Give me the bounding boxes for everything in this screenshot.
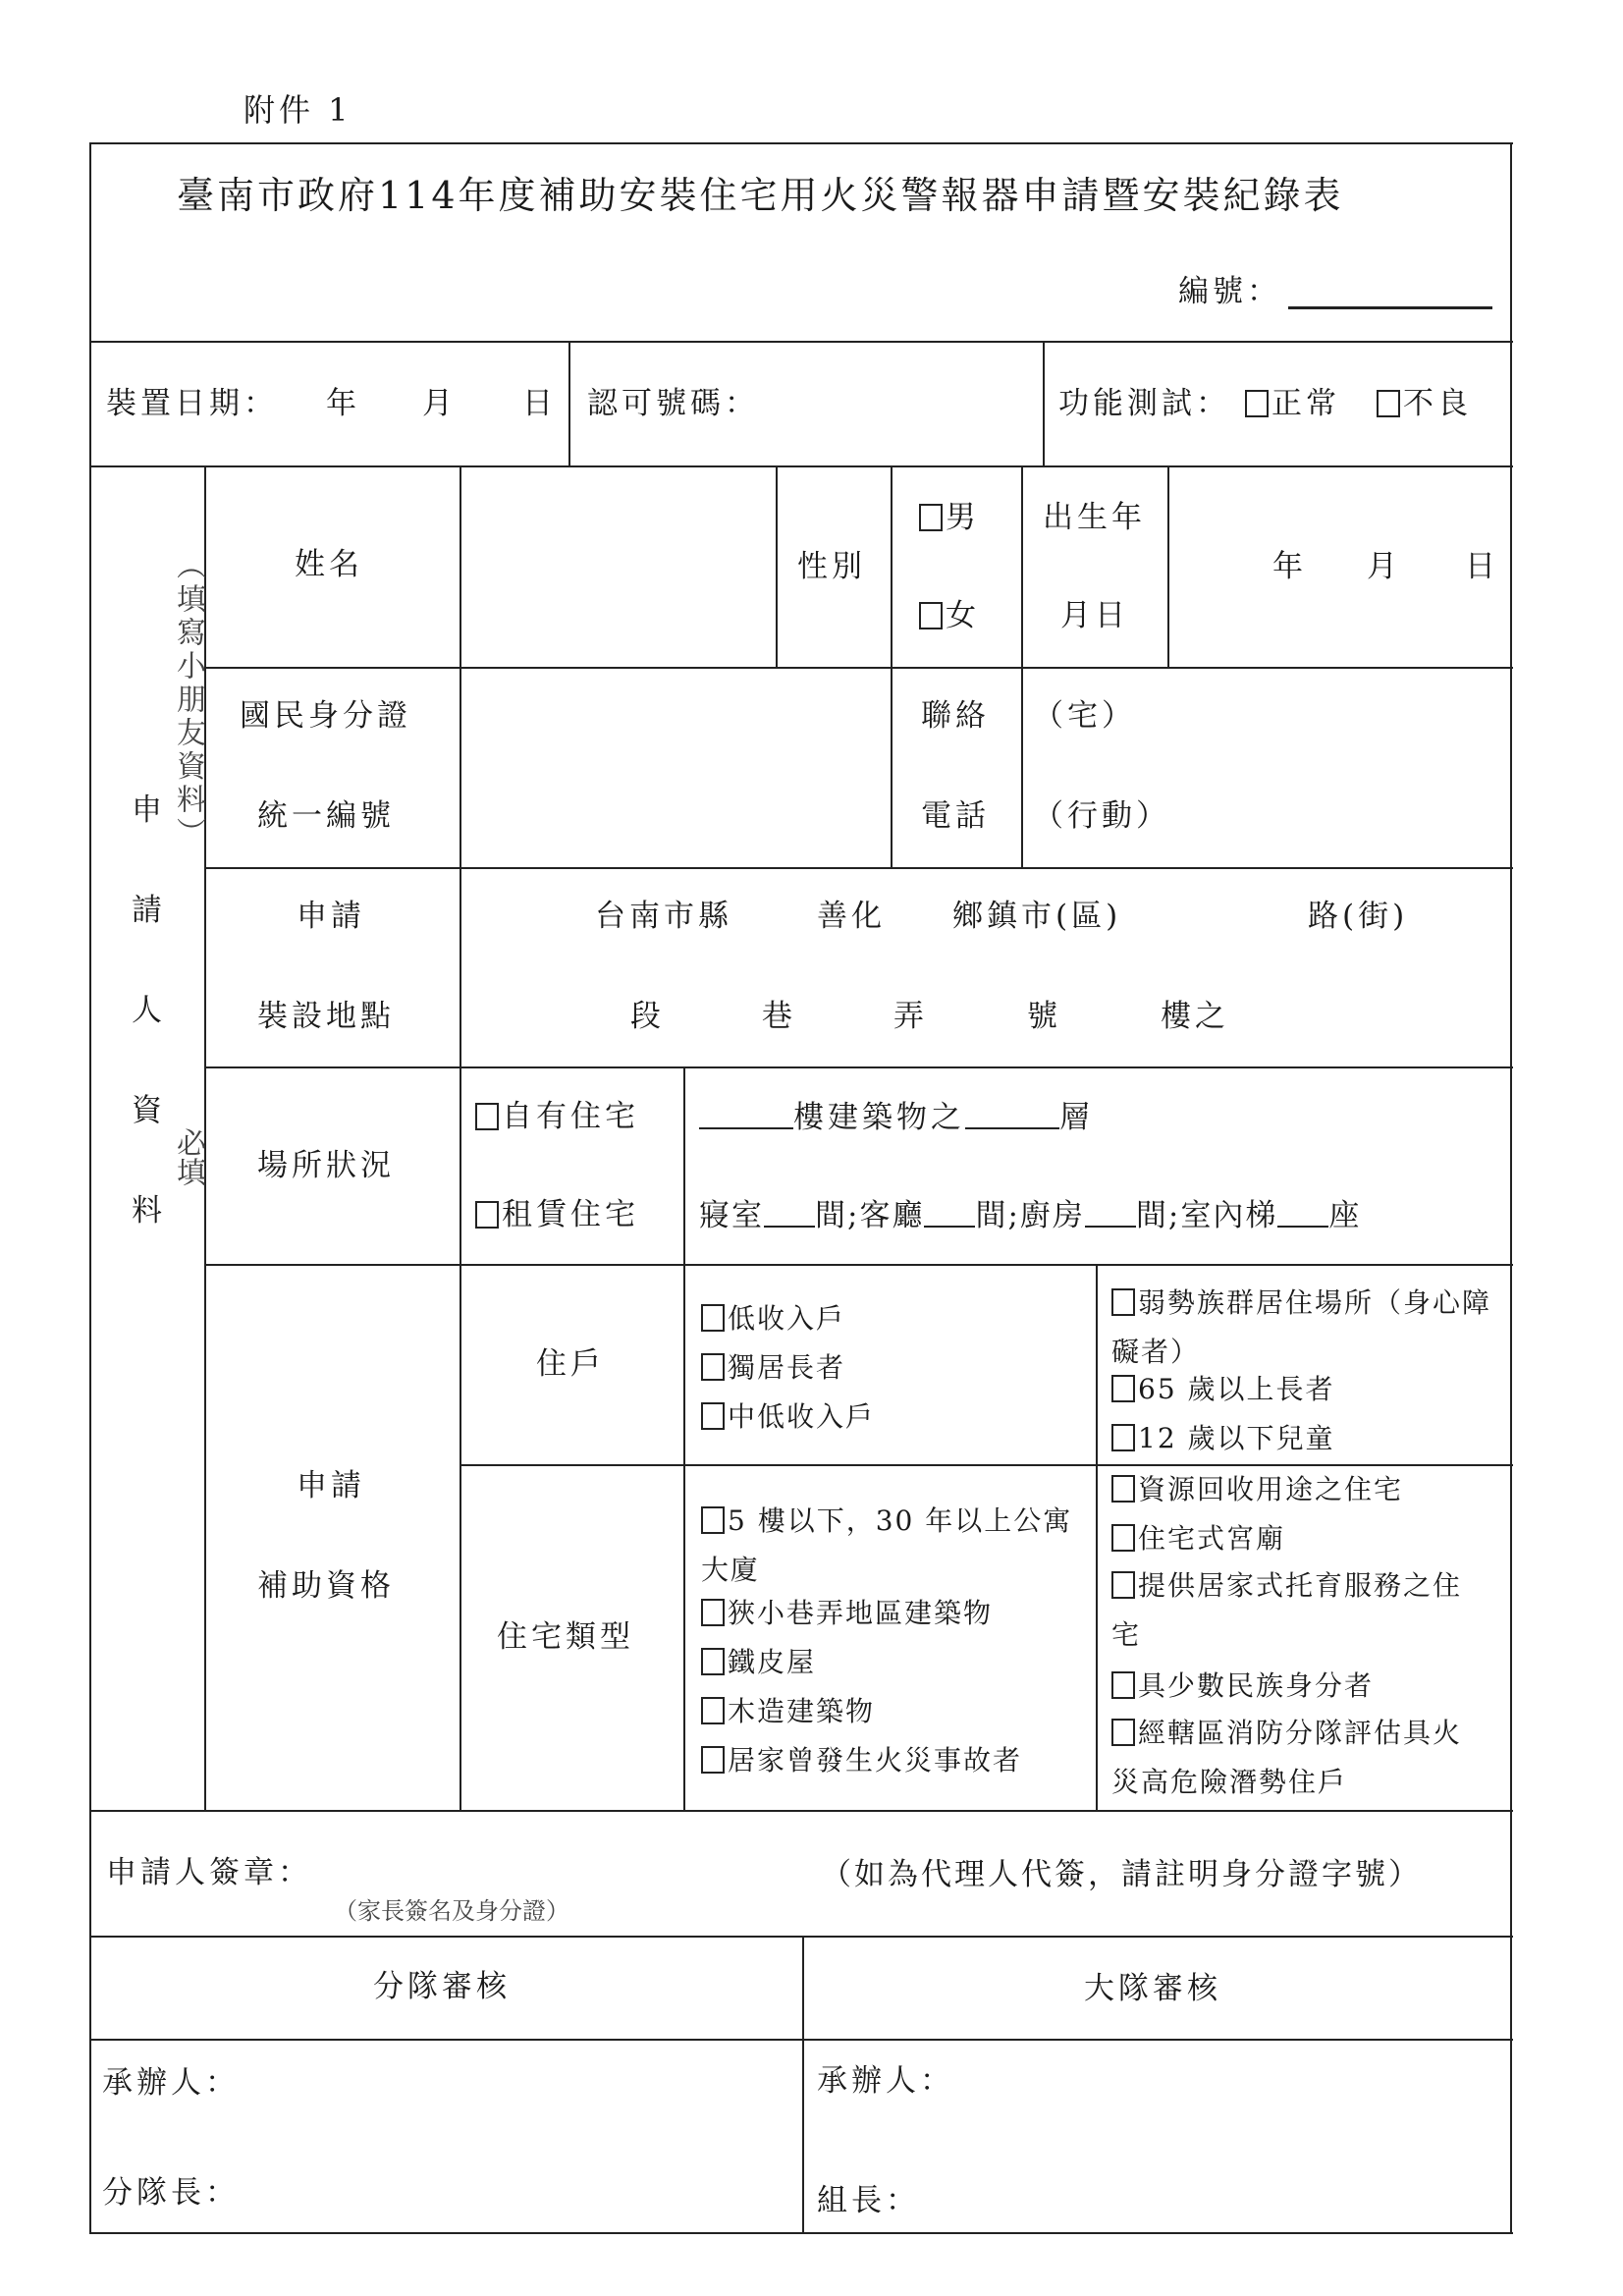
household-disabled[interactable]: 弱勢族群居住場所（身心障礙者） (1111, 1279, 1499, 1377)
checkbox-icon[interactable] (1111, 1375, 1135, 1402)
row-divider (89, 465, 1513, 467)
phone-label-line2: 電話 (921, 801, 990, 832)
stairs-label: 間;室內梯 (1136, 1198, 1277, 1233)
branch-review-title: 分隊審核 (373, 1972, 511, 2002)
option-label: 女 (946, 598, 980, 633)
row-divider (460, 1464, 1513, 1466)
housing-type-label: 住宅類型 (497, 1622, 634, 1653)
attachment-label: 附件 1 (243, 94, 352, 126)
gender-male-option[interactable]: 男 (919, 503, 980, 533)
housing-minority[interactable]: 具少數民族身分者 (1111, 1671, 1374, 1700)
approval-number-label: 認可號碼： (587, 389, 759, 419)
option-label: 資源回收用途之住宅 (1138, 1473, 1403, 1505)
row-divider (204, 1066, 1513, 1068)
phone-mobile-field[interactable]: （行動） (1033, 801, 1170, 832)
row-divider (89, 341, 1513, 343)
checkbox-icon[interactable] (1111, 1671, 1135, 1699)
address-district: 鄉鎮市(區) (952, 902, 1121, 932)
household-senior-65[interactable]: 65 歲以上長者 (1111, 1375, 1335, 1403)
name-input[interactable] (463, 469, 774, 666)
col-divider (1043, 341, 1045, 466)
install-day-unit: 日 (522, 389, 557, 419)
checkbox-icon[interactable] (1111, 1719, 1135, 1746)
housing-narrow-alley[interactable]: 狹小巷弄地區建築物 (701, 1599, 993, 1627)
address-district-name: 善化 (817, 902, 886, 932)
household-low-income[interactable]: 低收入戶 (701, 1304, 845, 1333)
row-divider (89, 1936, 1513, 1938)
row-divider (89, 2039, 1513, 2041)
install-date-label: 裝置日期： (106, 389, 278, 419)
checkbox-icon[interactable] (1111, 1424, 1135, 1451)
test-defective-option[interactable]: 不良 (1377, 389, 1472, 419)
phone-label-line1: 聯絡 (921, 701, 990, 732)
col-divider (802, 1936, 804, 2233)
household-label: 住戶 (536, 1349, 605, 1380)
checkbox-icon[interactable] (701, 1648, 725, 1675)
eligibility-label-line1: 申請 (297, 1471, 365, 1502)
phone-home-field[interactable]: （宅） (1033, 701, 1136, 732)
table-border-top (89, 142, 1513, 144)
address-city: 台南市縣 (595, 902, 732, 932)
household-elderly-alone[interactable]: 獨居長者 (701, 1353, 845, 1382)
address-number: 號 (1027, 1002, 1061, 1032)
option-label: 5 樓以下，30 年以上公寓大廈 (701, 1504, 1072, 1586)
option-label: 男 (946, 500, 980, 535)
col-divider (1021, 465, 1023, 868)
option-label: 經轄區消防分隊評估具火災高危險潛勢住戶 (1111, 1717, 1462, 1798)
brigade-chief-label: 組長： (817, 2186, 920, 2216)
floors-text: 樓建築物之 (793, 1100, 965, 1135)
checkbox-icon[interactable] (1111, 1475, 1135, 1503)
option-label: 弱勢族群居住場所（身心障礙者） (1111, 1286, 1491, 1368)
checkbox-icon[interactable] (701, 1402, 725, 1430)
kitchen-label: 間;廚房 (975, 1198, 1084, 1233)
address-label-line2: 裝設地點 (257, 1002, 395, 1032)
option-label: 中低收入戶 (728, 1400, 875, 1433)
option-label: 正常 (1271, 386, 1340, 421)
venue-label: 場所狀況 (257, 1151, 395, 1181)
table-border-bottom (89, 2232, 1513, 2234)
checkbox-icon[interactable] (1111, 1288, 1135, 1316)
table-border-right (1510, 142, 1512, 2234)
brigade-review-title: 大隊審核 (1084, 1974, 1221, 2004)
housing-metal-sheet[interactable]: 鐵皮屋 (701, 1648, 816, 1676)
col-divider (891, 465, 893, 868)
serial-label: 編號： (1178, 277, 1281, 307)
row-divider (89, 1810, 1513, 1812)
option-label: 低收入戶 (728, 1302, 845, 1335)
option-label: 12 歲以下兒童 (1138, 1422, 1335, 1454)
col-divider (568, 341, 570, 466)
checkbox-icon[interactable] (475, 1201, 499, 1229)
housing-high-risk[interactable]: 經轄區消防分隊評估具火災高危險潛勢住戶 (1111, 1709, 1485, 1807)
option-label: 居家曾發生火災事故者 (728, 1744, 1022, 1777)
col-divider (683, 1066, 685, 1811)
handwritten-fill-note: （填寫小朋友資料） (167, 550, 202, 850)
birth-year-unit: 年 (1272, 552, 1307, 582)
install-year-unit: 年 (326, 389, 360, 419)
bedroom-label: 寢室 (699, 1198, 764, 1233)
birth-label-line1: 出生年 (1043, 503, 1146, 533)
col-divider (460, 465, 461, 1811)
kitchen-blank[interactable] (1085, 1200, 1136, 1228)
table-border-left (89, 142, 91, 2234)
living-room-label: 間;客廳 (815, 1198, 924, 1233)
venue-rented-option[interactable]: 租賃住宅 (475, 1200, 639, 1230)
checkbox-icon[interactable] (475, 1103, 499, 1130)
rooms-field[interactable]: 寢室間;客廳間;廚房間;室內梯座 (699, 1200, 1361, 1231)
col-divider (1167, 465, 1169, 668)
checkbox-icon[interactable] (701, 1746, 725, 1774)
handwritten-required-note: 必填 (169, 1127, 202, 1186)
install-month-unit: 月 (422, 389, 457, 419)
address-lane: 巷 (762, 1002, 796, 1032)
birth-label-line2: 月日 (1060, 601, 1129, 631)
signature-note: （如為代理人代簽，請註明身分證字號） (821, 1860, 1422, 1890)
option-label: 木造建築物 (728, 1695, 875, 1727)
brigade-handler-label: 承辦人： (817, 2066, 954, 2097)
checkbox-icon[interactable] (701, 1599, 725, 1626)
name-label: 姓名 (295, 550, 363, 580)
household-mid-low-income[interactable]: 中低收入戶 (701, 1402, 875, 1431)
checkbox-icon[interactable] (701, 1697, 725, 1724)
function-test-label: 功能測試： (1058, 389, 1230, 419)
id-number-input[interactable] (463, 671, 889, 865)
housing-recycling[interactable]: 資源回收用途之住宅 (1111, 1475, 1403, 1503)
checkbox-icon[interactable] (701, 1353, 725, 1381)
serial-field[interactable] (1288, 306, 1492, 309)
checkbox-icon[interactable] (701, 1506, 725, 1534)
eligibility-label-line2: 補助資格 (257, 1571, 395, 1602)
signature-field[interactable] (295, 1846, 785, 1925)
floor-blank[interactable] (965, 1102, 1059, 1129)
address-floor: 樓之 (1161, 1002, 1229, 1032)
housing-temple[interactable]: 住宅式宮廟 (1111, 1524, 1285, 1553)
id-label-line2: 統一編號 (257, 801, 395, 832)
housing-childcare[interactable]: 提供居家式托育服務之住宅 (1111, 1561, 1485, 1660)
row-divider (204, 867, 1513, 869)
address-road: 路(街) (1308, 902, 1408, 932)
housing-old-apartment[interactable]: 5 樓以下，30 年以上公寓大廈 (701, 1497, 1089, 1595)
applicant-char: 申 (132, 795, 166, 826)
col-divider (1096, 1264, 1098, 1811)
branch-handler-label: 承辦人： (102, 2068, 240, 2099)
option-label: 不良 (1403, 386, 1472, 421)
building-floor-field[interactable]: 樓建築物之層 (699, 1102, 1094, 1133)
stairs-unit: 座 (1328, 1198, 1361, 1233)
address-label-line1: 申請 (297, 902, 365, 932)
signature-label: 申請人簽章： (106, 1858, 312, 1888)
option-label: 住宅式宮廟 (1138, 1522, 1285, 1555)
applicant-char: 資 (132, 1096, 166, 1126)
address-section: 段 (630, 1002, 665, 1032)
option-label: 提供居家式托育服務之住宅 (1111, 1569, 1462, 1651)
housing-wooden[interactable]: 木造建築物 (701, 1697, 875, 1725)
living-room-blank[interactable] (924, 1200, 975, 1228)
housing-past-fire[interactable]: 居家曾發生火災事故者 (701, 1746, 1022, 1775)
birth-day-unit: 日 (1465, 552, 1499, 582)
checkbox-icon[interactable] (1377, 390, 1400, 417)
option-label: 鐵皮屋 (728, 1646, 816, 1678)
address-alley: 弄 (893, 1002, 928, 1032)
test-normal-option[interactable]: 正常 (1245, 389, 1340, 419)
col-divider (776, 465, 778, 668)
checkbox-icon[interactable] (1245, 390, 1269, 417)
id-label-line1: 國民身分證 (240, 701, 411, 732)
bedroom-blank[interactable] (764, 1200, 815, 1228)
option-label: 租賃住宅 (502, 1197, 639, 1232)
option-label: 具少數民族身分者 (1138, 1669, 1374, 1702)
checkbox-icon[interactable] (701, 1304, 725, 1332)
row-divider (204, 1264, 1513, 1266)
checkbox-icon[interactable] (1111, 1571, 1135, 1599)
checkbox-icon[interactable] (919, 504, 943, 531)
floors-blank[interactable] (699, 1102, 793, 1129)
branch-chief-label: 分隊長： (102, 2178, 240, 2209)
row-divider (204, 667, 1513, 669)
option-label: 自有住宅 (502, 1099, 639, 1134)
option-label: 65 歲以上長者 (1138, 1373, 1335, 1405)
applicant-char: 請 (132, 896, 166, 926)
gender-label: 性別 (797, 552, 866, 582)
applicant-char: 料 (132, 1196, 166, 1227)
birth-month-unit: 月 (1367, 552, 1401, 582)
option-label: 狹小巷弄地區建築物 (728, 1597, 993, 1629)
floor-unit: 層 (1059, 1100, 1094, 1135)
form-title: 臺南市政府114年度補助安裝住宅用火災警報器申請暨安裝紀錄表 (177, 177, 1344, 214)
checkbox-icon[interactable] (1111, 1524, 1135, 1552)
gender-female-option[interactable]: 女 (919, 601, 980, 631)
household-child-12[interactable]: 12 歲以下兒童 (1111, 1424, 1335, 1452)
stairs-blank[interactable] (1277, 1200, 1328, 1228)
option-label: 獨居長者 (728, 1351, 845, 1384)
checkbox-icon[interactable] (919, 602, 943, 629)
venue-owned-option[interactable]: 自有住宅 (475, 1102, 639, 1132)
applicant-char: 人 (132, 996, 166, 1026)
